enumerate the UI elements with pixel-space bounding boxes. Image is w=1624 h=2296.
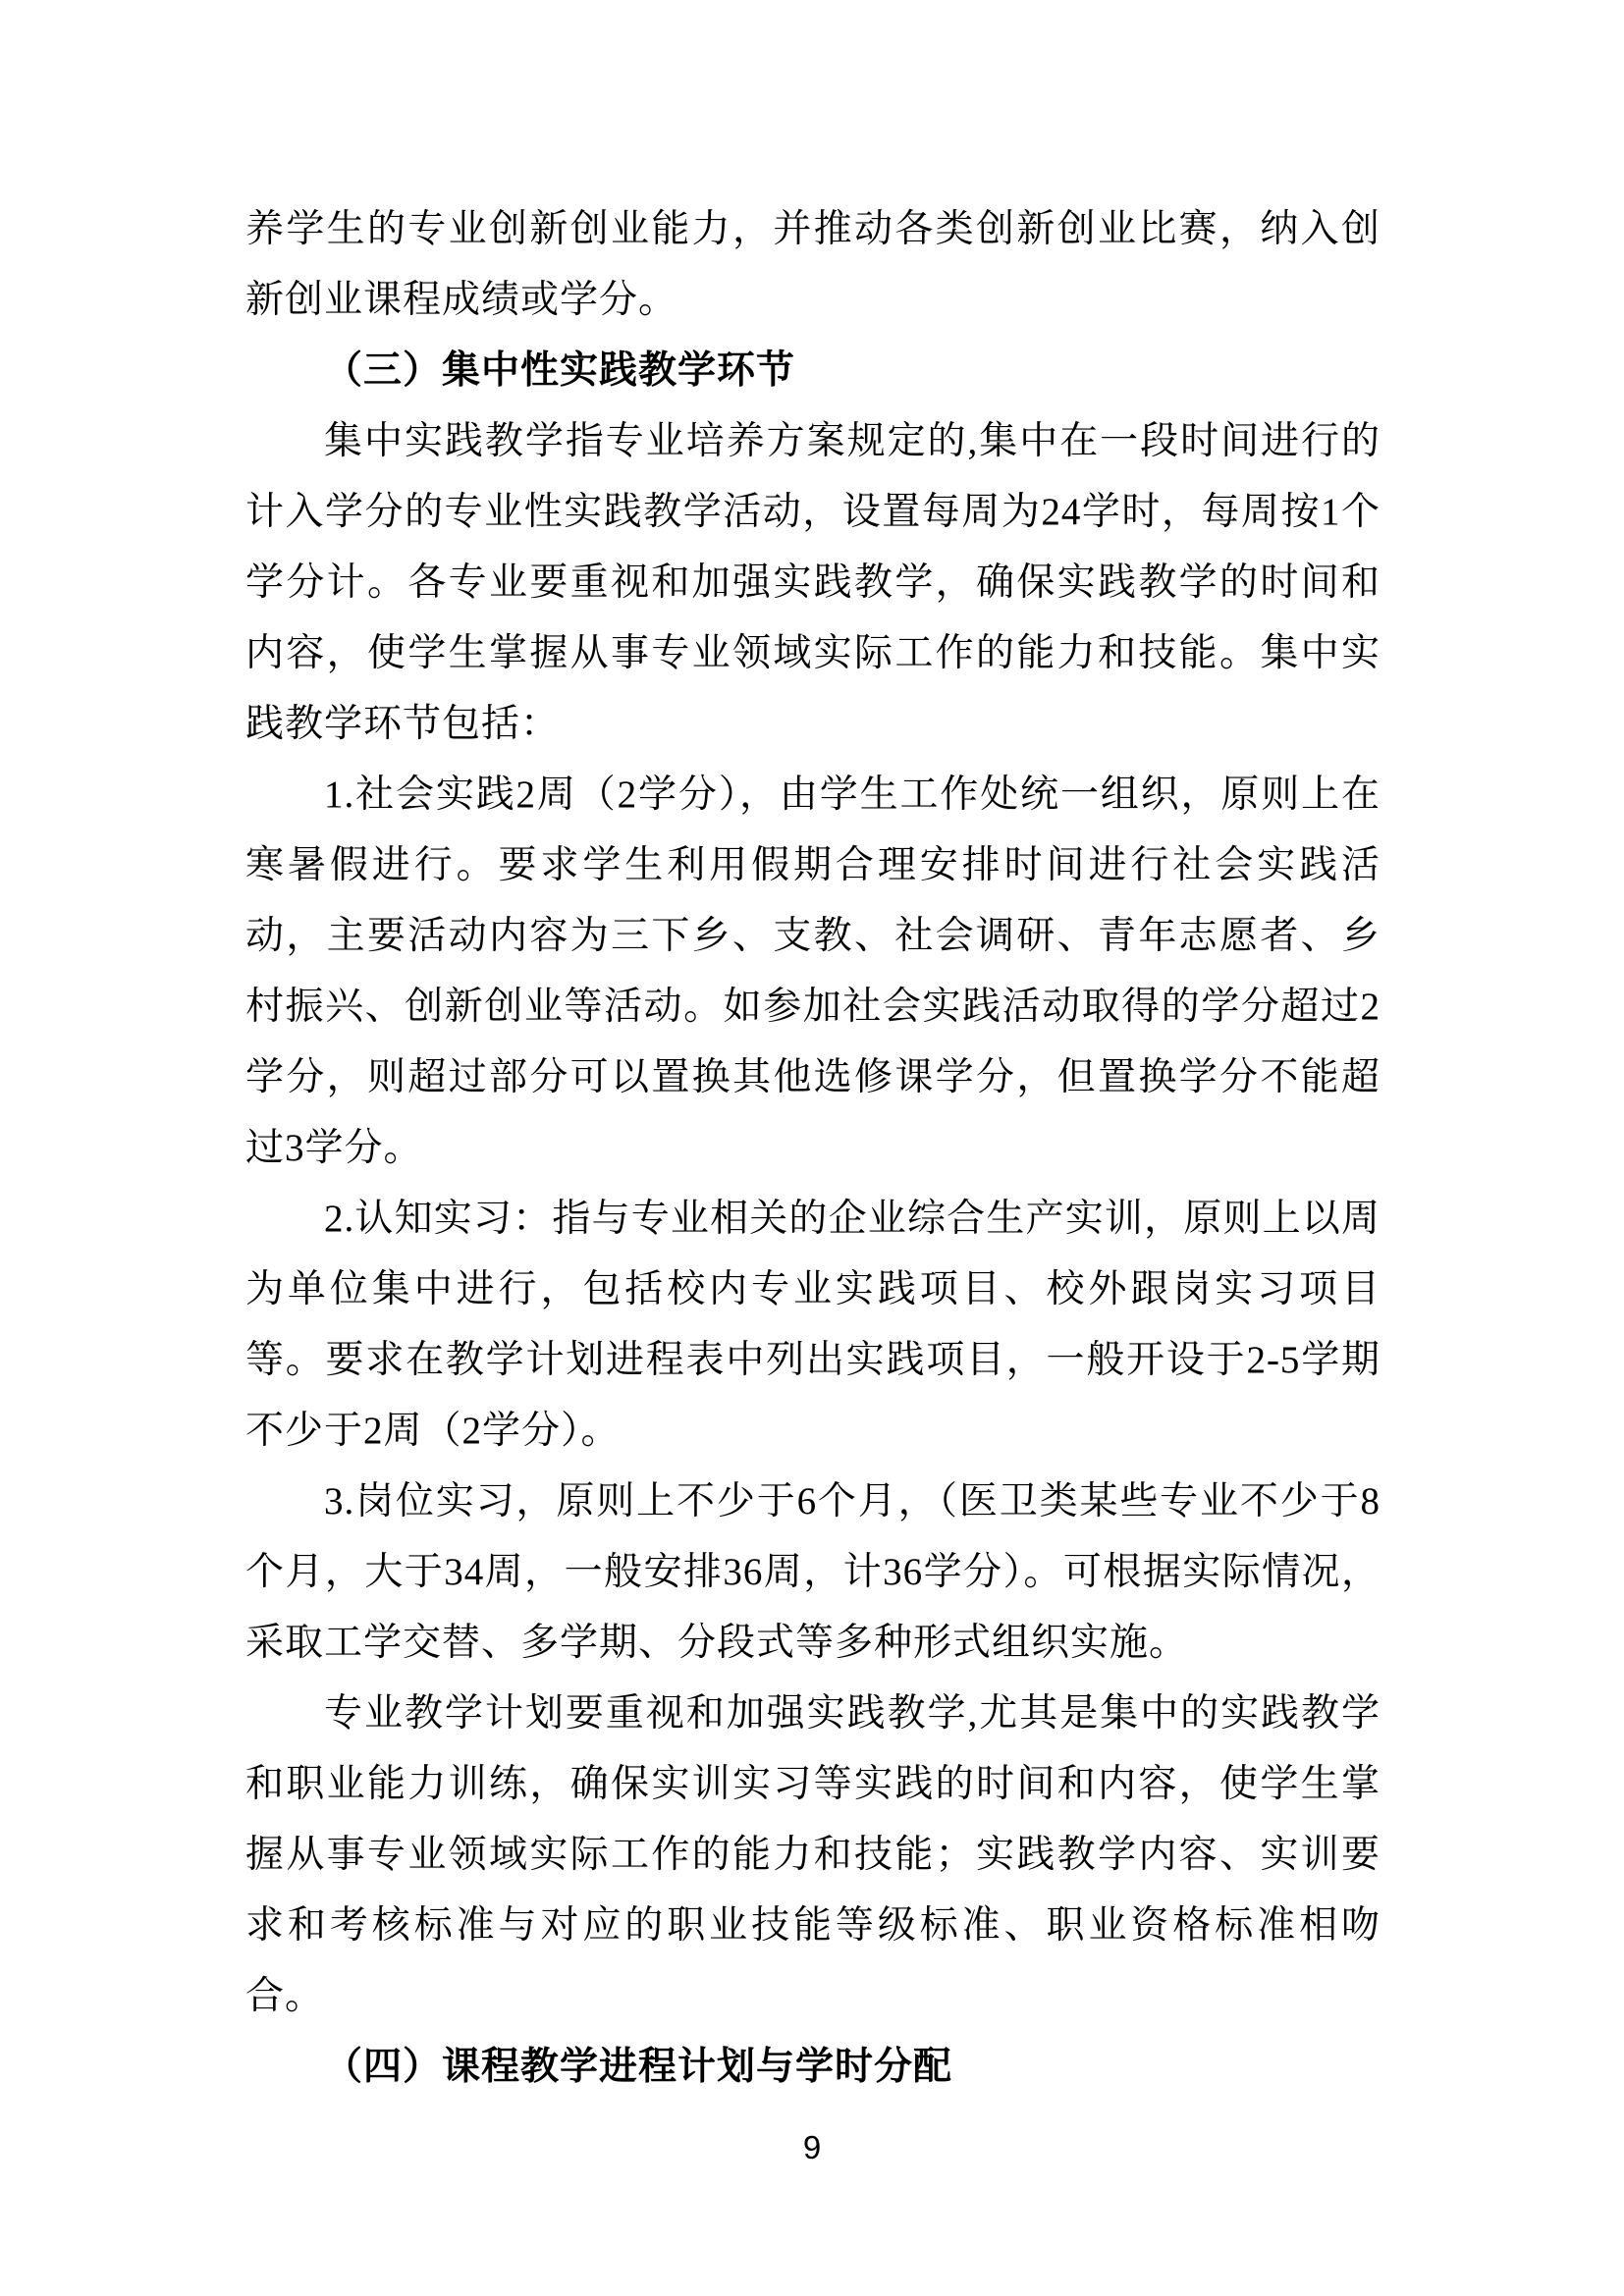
page-content: 养学生的专业创新创业能力，并推动各类创新创业比赛，纳入创新创业课程成绩或学分。 … (245, 194, 1380, 2103)
paragraph-continuation: 养学生的专业创新创业能力，并推动各类创新创业比赛，纳入创新创业课程成绩或学分。 (245, 194, 1380, 336)
section-heading-4: （四）课程教学进程计划与学时分配 (245, 2032, 1380, 2103)
list-item-3-post-internship: 3.岗位实习，原则上不少于6个月，（医卫类某些专业不少于8个月，大于34周，一般… (245, 1467, 1380, 1679)
list-item-1-social-practice: 1.社会实践2周（2学分），由学生工作处统一组织，原则上在寒暑假进行。要求学生利… (245, 760, 1380, 1184)
paragraph-centralized-practice-intro: 集中实践教学指专业培养方案规定的,集中在一段时间进行的计入学分的专业性实践教学活… (245, 406, 1380, 760)
section-heading-3: （三）集中性实践教学环节 (245, 336, 1380, 406)
list-item-2-cognitive-internship: 2.认知实习：指与专业相关的企业综合生产实训，原则上以周为单位集中进行，包括校内… (245, 1184, 1380, 1467)
document-page: 养学生的专业创新创业能力，并推动各类创新创业比赛，纳入创新创业课程成绩或学分。 … (0, 0, 1624, 2296)
paragraph-teaching-plan-requirements: 专业教学计划要重视和加强实践教学,尤其是集中的实践教学和职业能力训练，确保实训实… (245, 1679, 1380, 2032)
page-number: 9 (0, 2128, 1624, 2167)
